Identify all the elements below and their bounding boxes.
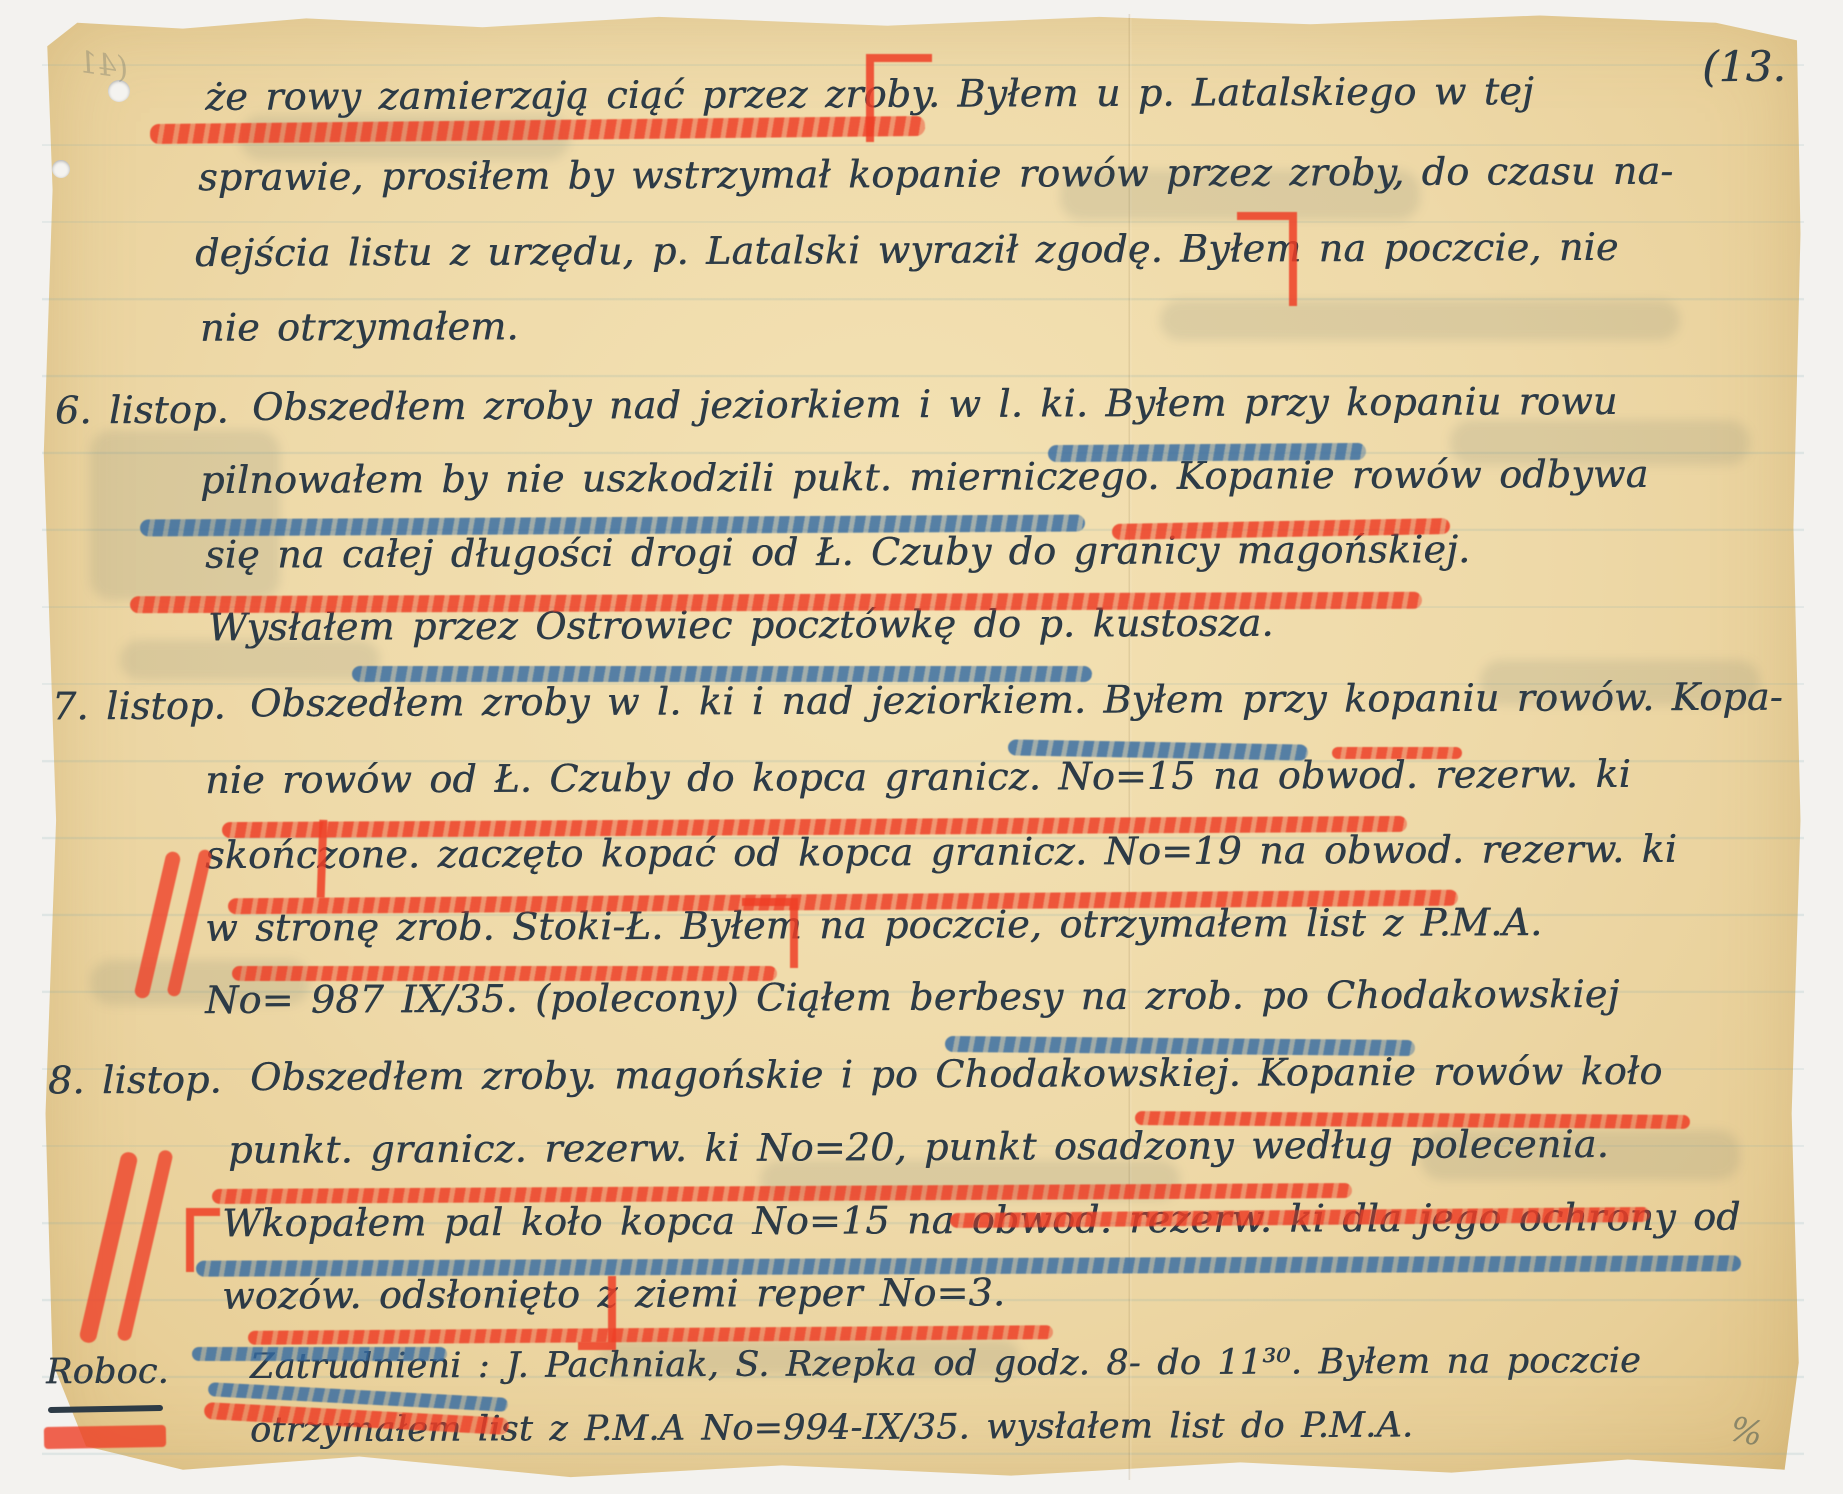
handwritten-line: Obszedłem zroby. magońskie i po Chodakow… [250,1049,1663,1099]
roboc-red-bar [44,1425,166,1449]
date-label: 8. listop. [48,1058,222,1103]
punch-hole [52,160,70,178]
red-bracket-close [742,898,798,968]
date-label: 6. listop. [55,388,229,433]
red-bracket-open [317,820,338,899]
faint-corner-note: (41 [76,45,131,87]
red-underline [1332,747,1462,759]
blue-underline [1048,443,1366,462]
handwritten-line: sprawie, prosiłem by wstrzymał kopanie r… [198,149,1673,199]
red-bracket-close [578,1276,616,1350]
red-bracket-open [866,54,932,142]
handwritten-line: Obszedłem zroby w l. ki i nad jeziorkiem… [250,675,1783,726]
blue-underline [352,666,1092,682]
handwritten-line: dejścia listu z urzędu, p. Latalski wyra… [195,225,1619,275]
red-bracket-open [186,1208,220,1272]
scanned-document: (13. (41 że rowy zamierzają ciąć przez z… [0,0,1843,1494]
handwritten-line: nie rowów od Ł. Czuby do kopca granicz. … [205,752,1631,802]
handwritten-line: Zatrudnieni : J. Pachniak, S. Rzepka od … [250,1341,1641,1387]
handwritten-line: punkt. granicz. rezerw. ki No=20, punkt … [228,1122,1609,1172]
handwritten-line: Obszedłem zroby nad jeziorkiem i w l. ki… [252,379,1618,429]
handwritten-line: pilnowałem by nie uszkodzili pukt. miern… [200,452,1649,502]
handwritten-line: nie otrzymałem. [200,304,519,349]
margin-label-roboc: Roboc. [46,1352,169,1393]
page-number: (13. [1702,42,1786,91]
blue-underline [192,1347,447,1361]
red-underline [232,966,777,981]
date-label: 7. listop. [52,684,226,729]
red-bracket-close [1237,212,1297,306]
